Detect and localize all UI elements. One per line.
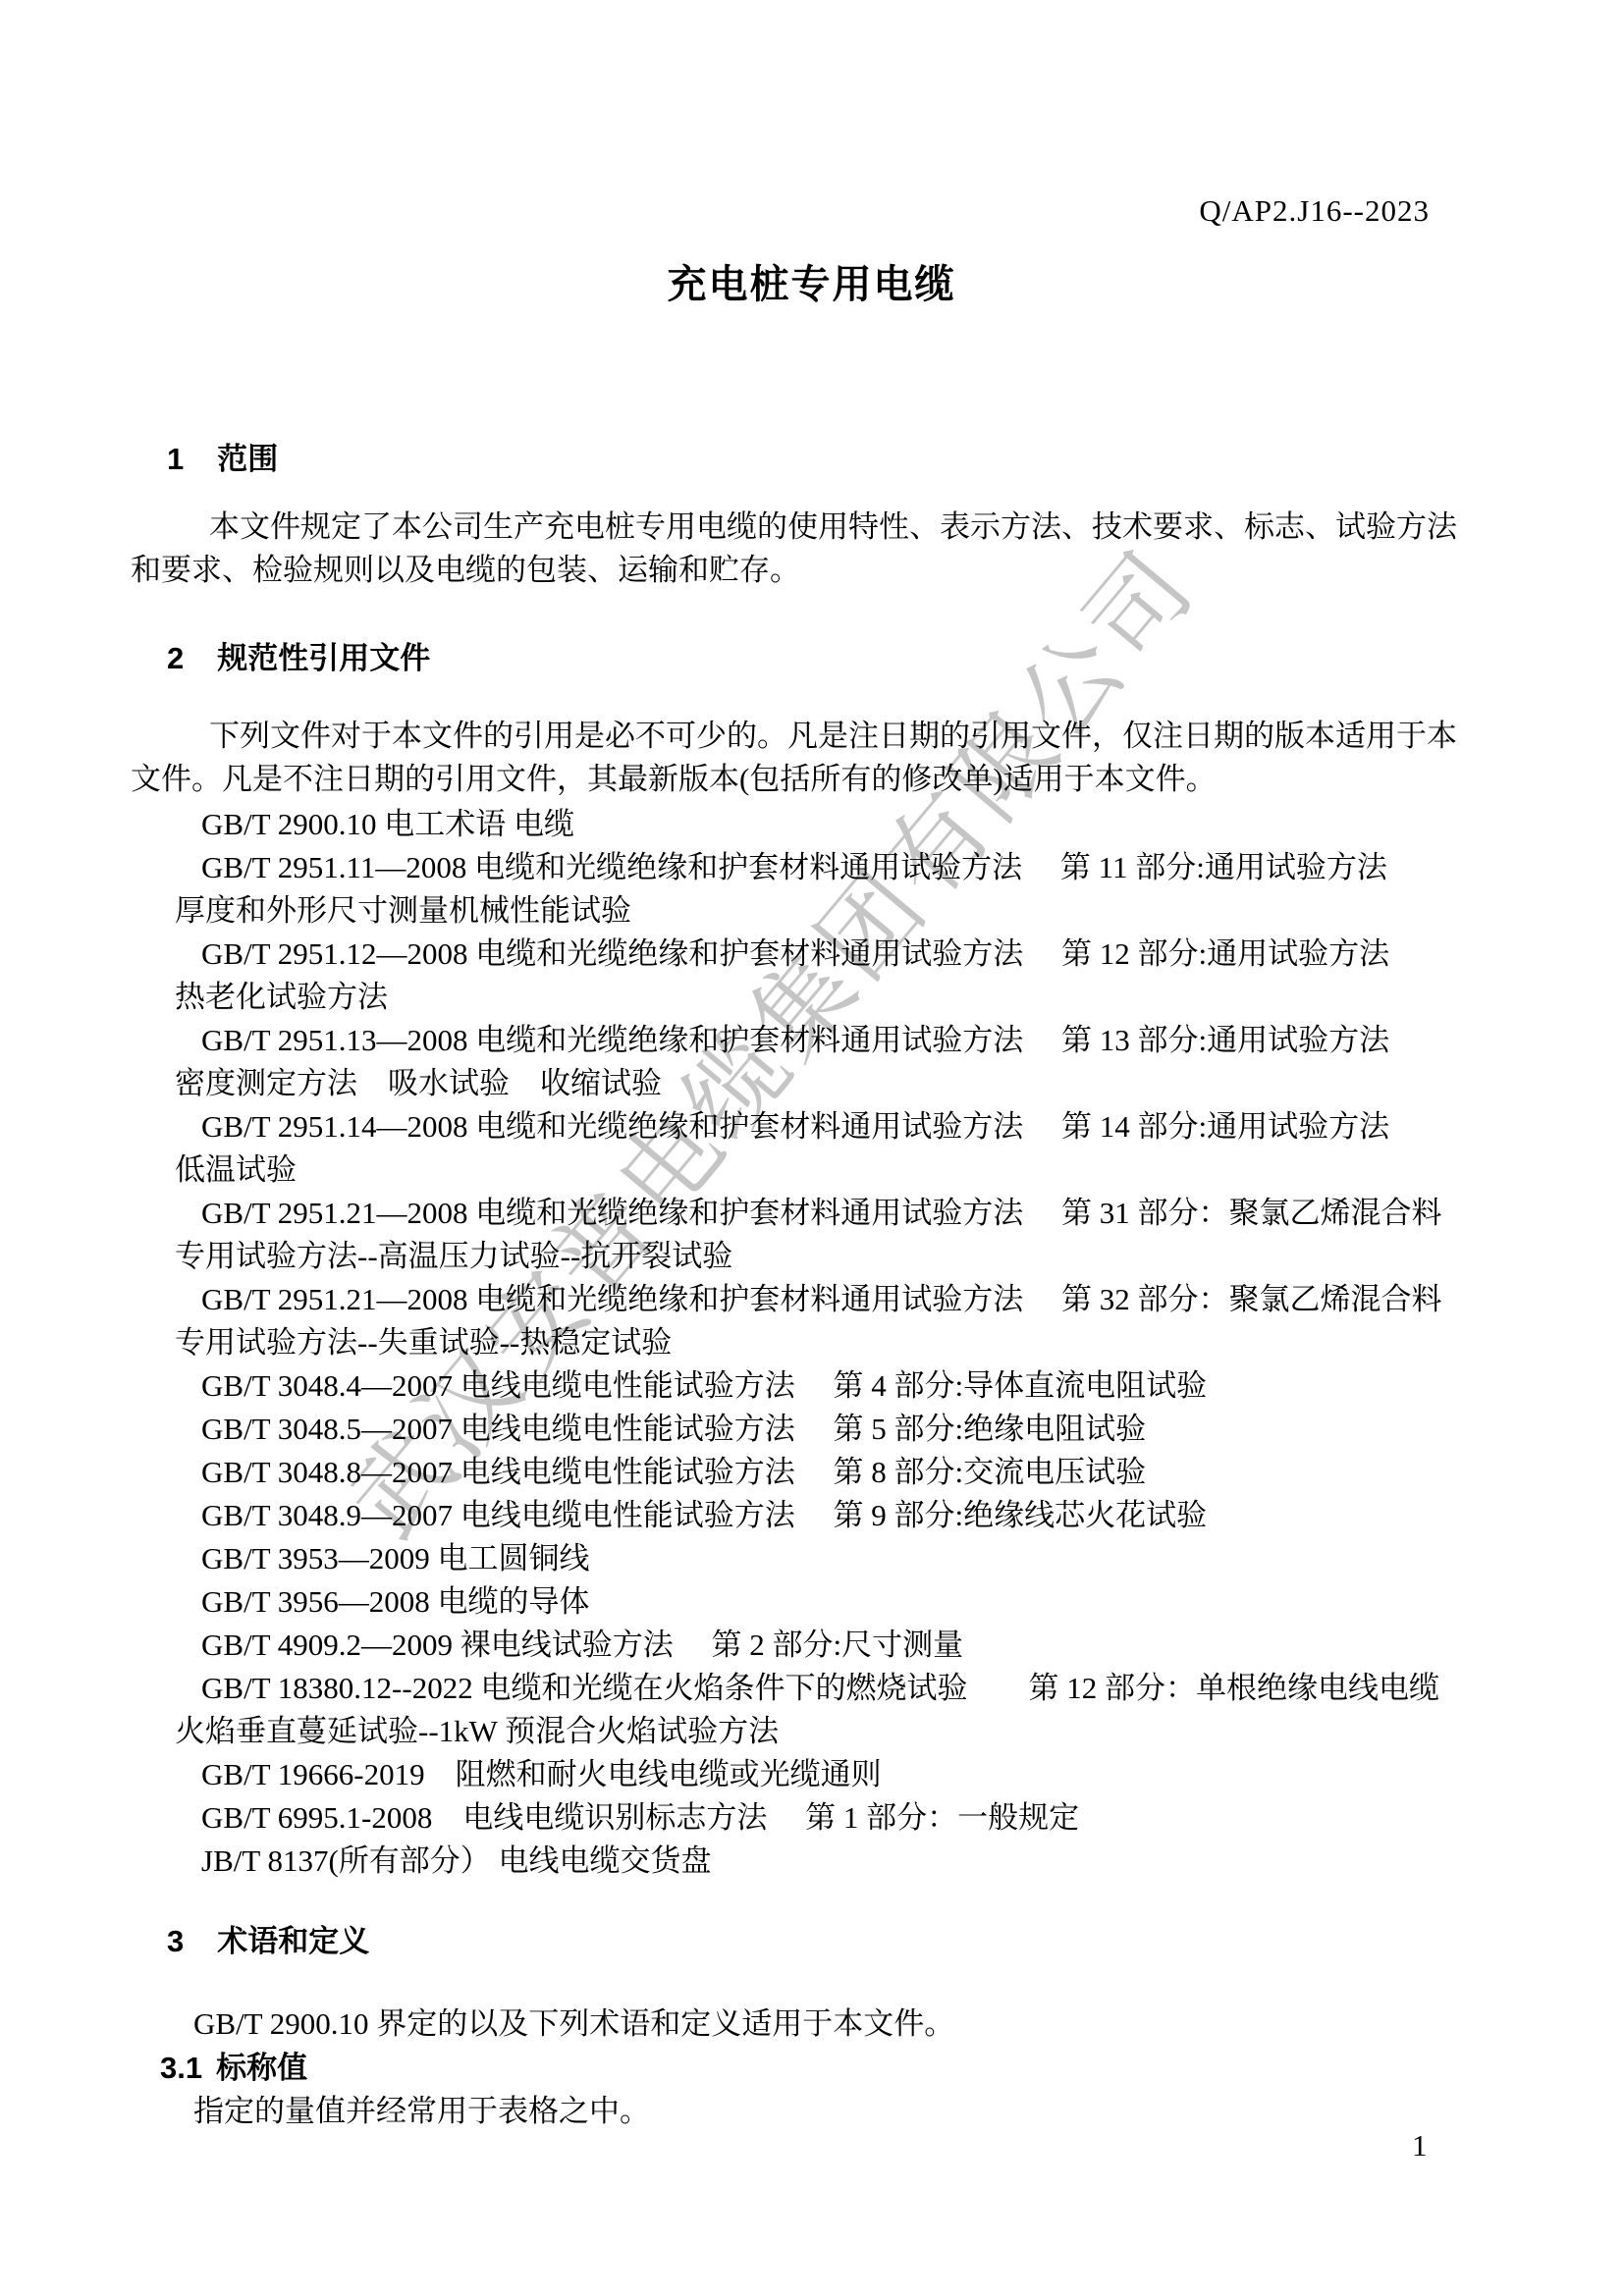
section-3-number: 3 xyxy=(167,1924,184,1958)
text-line: GB/T 6995.1-2008 电线电缆识别标志方法 第 1 部分：一般规定 xyxy=(175,1796,1492,1840)
text-line: 下列文件对于本文件的引用是必不可少的。凡是注日期的引用文件，仅注日期的版本适用于… xyxy=(131,715,1492,758)
reference-item: GB/T 3048.5—2007 电线电缆电性能试验方法 第 5 部分:绝缘电阻… xyxy=(175,1408,1492,1451)
section-3-body: GB/T 2900.10 界定的以及下列术语和定义适用于本文件。 xyxy=(131,2002,1492,2046)
text-line: GB/T 19666-2019 阻燃和耐火电线电缆或光缆通则 xyxy=(175,1753,1492,1796)
text-line: 指定的量值并经常用于表格之中。 xyxy=(131,2090,1492,2133)
text-line: GB/T 3956—2008 电缆的导体 xyxy=(175,1580,1492,1624)
text-line: GB/T 3048.4—2007 电线电缆电性能试验方法 第 4 部分:导体直流… xyxy=(175,1364,1492,1408)
text-line: GB/T 3048.9—2007 电线电缆电性能试验方法 第 9 部分:绝缘线芯… xyxy=(175,1494,1492,1537)
section-3-heading: 3术语和定义 xyxy=(167,1919,1492,1963)
reference-item: GB/T 3953—2009 电工圆铜线 xyxy=(175,1537,1492,1580)
reference-item: GB/T 2900.10 电工术语 电缆 xyxy=(175,803,1492,846)
reference-item: GB/T 2951.13—2008 电缆和光缆绝缘和护套材料通用试验方法 第 1… xyxy=(175,1019,1492,1105)
reference-item: GB/T 3048.4—2007 电线电缆电性能试验方法 第 4 部分:导体直流… xyxy=(175,1364,1492,1408)
page-number: 1 xyxy=(1412,2126,1428,2165)
text-line: 文件。凡是不注日期的引用文件，其最新版本(包括所有的修改单)适用于本文件。 xyxy=(131,758,1492,801)
section-1-heading: 1范围 xyxy=(167,437,1492,481)
reference-item: GB/T 2951.14—2008 电缆和光缆绝缘和护套材料通用试验方法 第 1… xyxy=(175,1105,1492,1192)
text-line: GB/T 18380.12--2022 电缆和光缆在火焰条件下的燃烧试验 第 1… xyxy=(175,1667,1492,1710)
text-line: GB/T 2951.14—2008 电缆和光缆绝缘和护套材料通用试验方法 第 1… xyxy=(175,1105,1492,1148)
section-1-body: 本文件规定了本公司生产充电桩专用电缆的使用特性、表示方法、技术要求、标志、试验方… xyxy=(131,506,1492,592)
document-content: Q/AP2.J16--2023 充电桩专用电缆 1范围 本文件规定了本公司生产充… xyxy=(0,0,1624,2133)
reference-item: GB/T 2951.21—2008 电缆和光缆绝缘和护套材料通用试验方法 第 3… xyxy=(175,1278,1492,1364)
section-3-title: 术语和定义 xyxy=(217,1924,369,1958)
page-title: 充电桩专用电缆 xyxy=(131,257,1492,312)
section-2-body: 下列文件对于本文件的引用是必不可少的。凡是注日期的引用文件，仅注日期的版本适用于… xyxy=(131,715,1492,801)
text-line: GB/T 2900.10 界定的以及下列术语和定义适用于本文件。 xyxy=(131,2002,1492,2046)
text-line: 低温试验 xyxy=(175,1148,1492,1192)
subsection-3-1-heading: 3.1标称值 xyxy=(160,2046,1492,2090)
reference-item: GB/T 6995.1-2008 电线电缆识别标志方法 第 1 部分：一般规定 xyxy=(175,1796,1492,1840)
reference-item: GB/T 3048.8—2007 电线电缆电性能试验方法 第 8 部分:交流电压… xyxy=(175,1451,1492,1494)
text-line: 热老化试验方法 xyxy=(175,976,1492,1019)
text-line: 专用试验方法--失重试验--热稳定试验 xyxy=(175,1321,1492,1364)
text-line: GB/T 3048.8—2007 电线电缆电性能试验方法 第 8 部分:交流电压… xyxy=(175,1451,1492,1494)
text-line: 密度测定方法 吸水试验 收缩试验 xyxy=(175,1062,1492,1105)
text-line: GB/T 2951.21—2008 电缆和光缆绝缘和护套材料通用试验方法 第 3… xyxy=(175,1278,1492,1321)
reference-item: GB/T 19666-2019 阻燃和耐火电线电缆或光缆通则 xyxy=(175,1753,1492,1796)
subsection-3-1-number: 3.1 xyxy=(160,2051,202,2085)
subsection-3-1-title: 标称值 xyxy=(216,2051,307,2085)
text-line: GB/T 2951.13—2008 电缆和光缆绝缘和护套材料通用试验方法 第 1… xyxy=(175,1019,1492,1062)
reference-item: GB/T 4909.2—2009 裸电线试验方法 第 2 部分:尺寸测量 xyxy=(175,1624,1492,1667)
reference-item: GB/T 18380.12--2022 电缆和光缆在火焰条件下的燃烧试验 第 1… xyxy=(175,1667,1492,1753)
text-line: GB/T 2951.12—2008 电缆和光缆绝缘和护套材料通用试验方法 第 1… xyxy=(175,933,1492,976)
text-line: GB/T 2900.10 电工术语 电缆 xyxy=(175,803,1492,846)
reference-list: GB/T 2900.10 电工术语 电缆GB/T 2951.11—2008 电缆… xyxy=(131,803,1492,1883)
text-line: 和要求、检验规则以及电缆的包装、运输和贮存。 xyxy=(131,549,1492,592)
reference-item: GB/T 2951.11—2008 电缆和光缆绝缘和护套材料通用试验方法 第 1… xyxy=(175,846,1492,933)
section-1-number: 1 xyxy=(167,442,184,476)
text-line: 火焰垂直蔓延试验--1kW 预混合火焰试验方法 xyxy=(175,1710,1492,1753)
text-line: 厚度和外形尺寸测量机械性能试验 xyxy=(175,889,1492,933)
reference-item: GB/T 2951.12—2008 电缆和光缆绝缘和护套材料通用试验方法 第 1… xyxy=(175,933,1492,1019)
reference-item: JB/T 8137(所有部分） 电线电缆交货盘 xyxy=(175,1840,1492,1883)
text-line: JB/T 8137(所有部分） 电线电缆交货盘 xyxy=(175,1840,1492,1883)
reference-item: GB/T 3048.9—2007 电线电缆电性能试验方法 第 9 部分:绝缘线芯… xyxy=(175,1494,1492,1537)
reference-item: GB/T 3956—2008 电缆的导体 xyxy=(175,1580,1492,1624)
text-line: 本文件规定了本公司生产充电桩专用电缆的使用特性、表示方法、技术要求、标志、试验方… xyxy=(131,506,1492,549)
section-2-number: 2 xyxy=(167,641,184,675)
reference-item: GB/T 2951.21—2008 电缆和光缆绝缘和护套材料通用试验方法 第 3… xyxy=(175,1192,1492,1278)
doc-number: Q/AP2.J16--2023 xyxy=(131,0,1492,228)
text-line: GB/T 2951.11—2008 电缆和光缆绝缘和护套材料通用试验方法 第 1… xyxy=(175,846,1492,889)
text-line: GB/T 4909.2—2009 裸电线试验方法 第 2 部分:尺寸测量 xyxy=(175,1624,1492,1667)
text-line: GB/T 2951.21—2008 电缆和光缆绝缘和护套材料通用试验方法 第 3… xyxy=(175,1192,1492,1235)
text-line: 专用试验方法--高温压力试验--抗开裂试验 xyxy=(175,1235,1492,1278)
subsection-3-1-body: 指定的量值并经常用于表格之中。 xyxy=(131,2090,1492,2133)
text-line: GB/T 3953—2009 电工圆铜线 xyxy=(175,1537,1492,1580)
text-line: GB/T 3048.5—2007 电线电缆电性能试验方法 第 5 部分:绝缘电阻… xyxy=(175,1408,1492,1451)
section-2-heading: 2规范性引用文件 xyxy=(167,636,1492,680)
section-1-title: 范围 xyxy=(217,442,278,476)
document-page: 武汉安普电缆集团有限公司 Q/AP2.J16--2023 充电桩专用电缆 1范围… xyxy=(0,0,1624,2296)
section-2-title: 规范性引用文件 xyxy=(217,641,430,675)
